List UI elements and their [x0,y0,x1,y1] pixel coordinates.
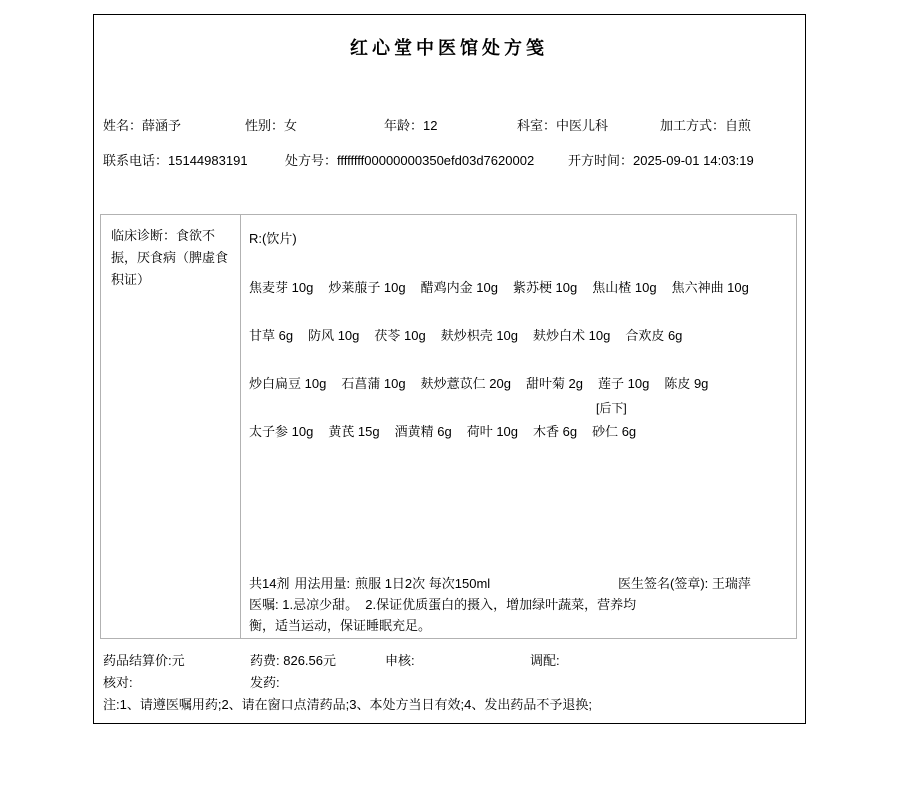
herb-item: 甜叶菊 2g [526,373,583,392]
herb-item: 陈皮 9g [664,373,708,392]
processing-value: 自煎 [725,118,751,133]
phone-label: 联系电话： [103,153,168,168]
page-title: 红心堂中医馆处方笺 [93,34,805,60]
herb-item: 炒莱菔子 10g [328,277,405,296]
phone-value: 15144983191 [168,153,248,168]
herb-item: 木香 6g [533,421,577,440]
field-check: 核对: [103,672,133,691]
usage-line: 共14剂用法用量:煎服 1日2次 每次150ml [249,573,490,592]
doctor-signature-label: 医生签名(签章): [618,576,712,591]
field-gender: 性别：女 [245,115,297,134]
doctor-signature: 医生签名(签章): 王瑞萍 [618,573,751,592]
herb-item: 合欢皮 6g [625,325,682,344]
age-value: 12 [423,118,437,133]
herb-item: 麸炒白术 10g [533,325,610,344]
field-prepare: 调配: [530,650,560,669]
herb-item: 炒白扁豆 10g [249,373,326,392]
fee-label: 药费: [250,653,283,668]
herb-item: 酒黄精 6g [395,421,452,440]
department-label: 科室： [517,118,556,133]
issue-time-label: 开方时间： [568,153,633,168]
diagnosis-column: 临床诊断：食欲不振，厌食病（脾虚食积证） [101,215,241,638]
herb-line-3: 炒白扁豆 10g 石菖蒲 10g 麸炒薏苡仁 20g 甜叶菊 2g 莲子 10g… [249,373,708,392]
herb-item: 荷叶 10g [467,421,518,440]
department-value: 中医儿科 [556,118,608,133]
field-phone: 联系电话：15144983191 [103,150,248,169]
field-age: 年龄：12 [384,115,437,134]
herb-item: 紫苏梗 10g [513,277,577,296]
advice-text: 1.忌凉少甜。 2.保证优质蛋白的摄入，增加绿叶蔬菜，营养均衡，适当运动，保证睡… [249,597,636,633]
field-review: 申核: [385,650,415,669]
patient-name-label: 姓名： [103,118,142,133]
settlement-label: 药品结算价: [103,653,172,668]
issue-time-value: 2025-09-01 14:03:19 [633,153,754,168]
field-dispense: 发药: [250,672,280,691]
advice-label: 医嘱: [249,597,282,612]
processing-label: 加工方式： [660,118,725,133]
herb-item: 砂仁 6g [592,421,636,440]
field-processing: 加工方式：自煎 [660,115,751,134]
herb-item: 石菖蒲 10g [341,373,405,392]
field-patient-name: 姓名：薛涵予 [103,115,181,134]
field-department: 科室：中医儿科 [517,115,608,134]
herb-item: 麸炒枳壳 10g [441,325,518,344]
doctor-name: 王瑞萍 [712,576,751,591]
footer-note: 注:1、请遵医嘱用药;2、请在窗口点清药品;3、本处方当日有效;4、发出药品不予… [103,694,592,713]
usage-label: 用法用量: [294,576,350,591]
settlement-value: 元 [172,653,185,668]
herb-item: 醋鸡内金 10g [421,277,498,296]
gender-label: 性别： [245,118,284,133]
herb-item: 焦六神曲 10g [672,277,749,296]
herb-item: 焦麦芽 10g [249,277,313,296]
herb-item: 太子参 10g [249,421,313,440]
herb-line-2: 甘草 6g 防风 10g 茯苓 10g 麸炒枳壳 10g 麸炒白术 10g 合欢… [249,325,682,344]
diagnosis-text: 临床诊断：食欲不振，厌食病（脾虚食积证） [111,225,231,291]
usage-value: 煎服 1日2次 每次150ml [355,576,490,591]
fee-value: 826.56元 [283,653,336,668]
rx-header: R:(饮片) [249,228,297,247]
herb-item: 焦山楂 10g [592,277,656,296]
field-medicine-fee: 药费: 826.56元 [250,650,336,669]
houxia-annotation: [后下] [596,399,627,416]
rx-number-label: 处方号： [285,153,337,168]
patient-name-value: 薛涵予 [142,118,181,133]
rx-number-value: ffffffff00000000350efd03d7620002 [337,153,534,168]
field-issue-time: 开方时间：2025-09-01 14:03:19 [568,150,754,169]
field-settlement-price: 药品结算价:元 [103,650,185,669]
herb-item: 茯苓 10g [374,325,425,344]
herb-item: 甘草 6g [249,325,293,344]
age-label: 年龄： [384,118,423,133]
gender-value: 女 [284,118,297,133]
diagnosis-label: 临床诊断： [111,228,176,243]
herb-item: 莲子 10g [598,373,649,392]
prescription-box: 临床诊断：食欲不振，厌食病（脾虚食积证） R:(饮片) 焦麦芽 10g 炒莱菔子… [100,214,797,639]
medical-advice: 医嘱: 1.忌凉少甜。 2.保证优质蛋白的摄入，增加绿叶蔬菜，营养均衡，适当运动… [249,594,651,636]
herb-item: 黄芪 15g [328,421,379,440]
herb-item: 防风 10g [308,325,359,344]
prescription-page: 红心堂中医馆处方笺 姓名：薛涵予 性别：女 年龄：12 科室：中医儿科 加工方式… [0,0,900,800]
herb-item: 麸炒薏苡仁 20g [421,373,511,392]
field-rx-number: 处方号：ffffffff00000000350efd03d7620002 [285,150,534,169]
dose-count: 共14剂 [249,576,289,591]
herb-line-1: 焦麦芽 10g 炒莱菔子 10g 醋鸡内金 10g 紫苏梗 10g 焦山楂 10… [249,277,749,296]
herb-line-4: 太子参 10g 黄芪 15g 酒黄精 6g 荷叶 10g 木香 6g 砂仁 6g [249,421,636,440]
